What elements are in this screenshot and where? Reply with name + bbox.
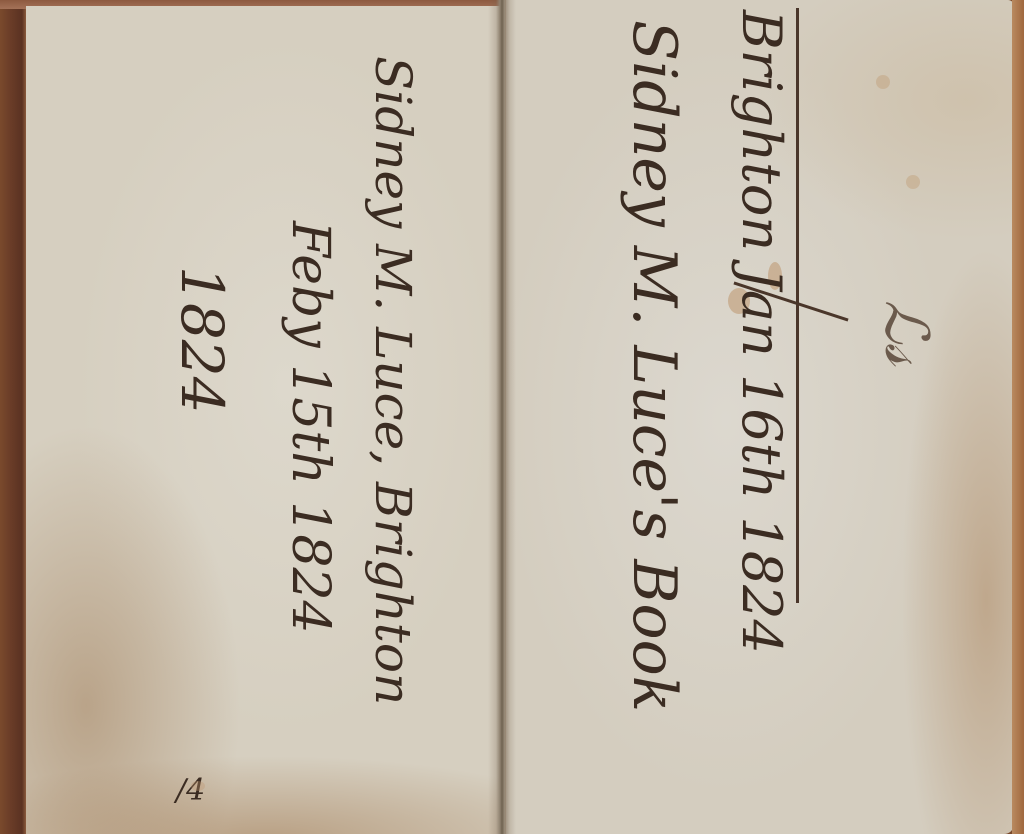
right-inscription-owner: Sidney M. Luce's Book — [624, 20, 684, 712]
left-inscription-name: Sidney M. Luce, Brighton — [368, 56, 418, 705]
right-endpaper: Sidney M. Luce's Book Brighton Jan 16th … — [506, 0, 1014, 834]
cover-edge-right — [1012, 0, 1024, 834]
book-gutter — [488, 0, 516, 834]
right-inscription-place-date: Brighton Jan 16th 1824 — [734, 10, 788, 654]
left-inscription-date: Feby 15th 1824 — [284, 221, 336, 634]
stain-spot — [876, 75, 890, 89]
left-endpaper: Sidney M. Luce, Brighton Feby 15th 1824 … — [26, 6, 502, 834]
stain-spot — [191, 781, 205, 791]
left-inscription-year: 1824 — [173, 266, 231, 414]
stain-spot — [906, 175, 920, 189]
right-flourish: ℒ𝓈 — [876, 300, 936, 365]
book-photo: Sidney M. Luce, Brighton Feby 15th 1824 … — [0, 0, 1024, 834]
